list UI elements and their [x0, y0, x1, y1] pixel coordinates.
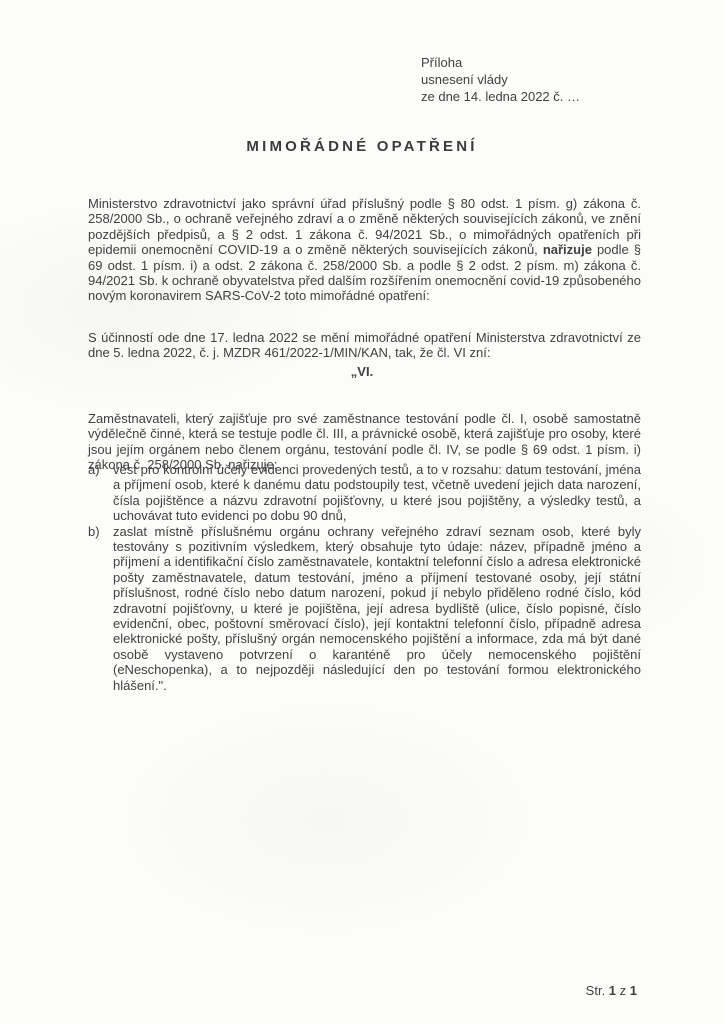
list-item-a-label: a) [88, 462, 100, 477]
page-number-footer: Str. 1 z 1 [586, 983, 637, 998]
annex-line-3: ze dne 14. ledna 2022 č. … [421, 88, 580, 105]
footer-prefix: Str. [586, 983, 609, 998]
amendment-paragraph: S účinností ode dne 17. ledna 2022 se mě… [88, 330, 641, 361]
article-number: „VI. [0, 364, 724, 379]
footer-of: z [616, 983, 630, 998]
document-title: MIMOŘÁDNÉ OPATŘENÍ [0, 139, 724, 154]
obligation-list: a)vést pro kontrolní účely evidenci prov… [88, 462, 641, 693]
annex-line-1: Příloha [421, 54, 580, 71]
list-item-b: b)zaslat místně příslušnému orgánu ochra… [88, 524, 641, 693]
annex-line-2: usnesení vlády [421, 71, 580, 88]
footer-total-pages: 1 [630, 983, 637, 998]
intro-text-bold: nařizuje [543, 242, 592, 257]
list-item-a-text: vést pro kontrolní účely evidenci proved… [113, 462, 641, 523]
list-item-a: a)vést pro kontrolní účely evidenci prov… [88, 462, 641, 524]
annex-header: Příloha usnesení vlády ze dne 14. ledna … [421, 54, 580, 105]
intro-paragraph: Ministerstvo zdravotnictví jako správní … [88, 196, 641, 304]
footer-current-page: 1 [609, 983, 616, 998]
list-item-b-text: zaslat místně příslušnému orgánu ochrany… [113, 524, 641, 693]
document-page: Příloha usnesení vlády ze dne 14. ledna … [0, 0, 724, 1024]
list-item-b-label: b) [88, 524, 100, 539]
